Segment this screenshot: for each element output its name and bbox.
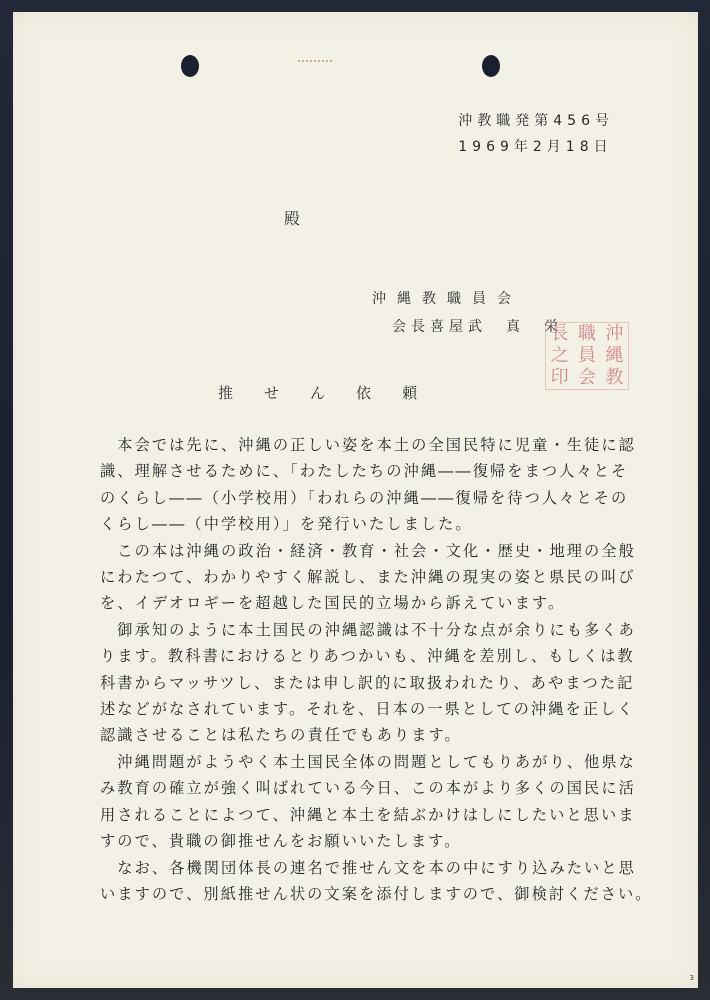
official-seal: 長 職 沖 之 員 縄 印 会 教 [545,322,629,390]
body-line: ります。教科書におけるとりあつかいも、沖縄を差別し、もしくは教 [100,643,640,669]
title-char: ん [310,382,325,403]
seal-char: 会 [573,367,600,389]
body-line: なお、各機関団体長の連名で推せん文を本の中にすり込みたいと思 [100,855,640,881]
sender-president: 会長喜屋武 真 栄 [372,313,563,341]
seal-char: 長 [546,323,573,345]
body-line: 沖縄問題がようやく本土国民全体の問題としてもりあがり、他県な [100,749,640,775]
seal-char: 之 [546,345,573,367]
reference-block: 沖教職発第456号 1969年2月18日 [458,108,614,160]
body-line: 用されることによつて、沖縄と本土を結ぶかけはしにしたいと思いま [100,802,640,828]
title-char: 依 [356,382,371,403]
title-char: 推 [218,382,233,403]
body-line: 述などがなされています。それを、日本の一県としての沖縄を正しく [100,696,640,722]
body-line: いますので、別紙推せん状の文案を添付しますので、御検討ください。 [100,881,640,907]
seal-char: 印 [546,367,573,389]
body-line: にわたつて、わかりやすく解説し、また沖縄の現実の姿と県民の叫び [100,564,640,590]
body-line: 識、理解させるために、「わたしたちの沖縄――復帰をまつ人々とそ [100,458,640,484]
body-line: み教育の確立が強く叫ばれている今日、この本がより多くの国民に活 [100,775,640,801]
seal-char: 縄 [601,345,628,367]
body-line: のくらし――（小学校用）「われらの沖縄――復帰を待つ人々とその [100,485,640,511]
seal-char: 職 [573,323,600,345]
title-char: 頼 [402,382,417,403]
body-line: 認識させることは私たちの責任でもあります。 [100,722,640,748]
body-line: すので、貴職の御推せんをお願いいたします。 [100,828,640,854]
body-line: 御承知のように本土国民の沖縄認識は不十分な点が余りにも多くあ [100,617,640,643]
document-date: 1969年2月18日 [458,134,614,160]
title-char: せ [264,382,279,403]
document-title: 推せん依頼 [218,382,448,403]
body-line: 科書からマッサツし、または申し訳的に取扱われたり、あやまつた記 [100,670,640,696]
seal-char: 沖 [601,323,628,345]
page-number: 3 [690,974,694,982]
punch-hole-right [482,55,500,77]
reference-number: 沖教職発第456号 [458,108,614,134]
staple-mark [298,60,332,66]
body-line: 本会では先に、沖縄の正しい姿を本土の全国民特に児童・生徒に認 [100,432,640,458]
sender-organization: 沖縄教職員会 [372,285,563,313]
seal-char: 教 [601,367,628,389]
seal-char: 員 [573,345,600,367]
body-line: くらし――（中学校用）」を発行いたしました。 [100,511,640,537]
body-line: この本は沖縄の政治・経済・教育・社会・文化・歴史・地理の全般 [100,538,640,564]
sender-block: 沖縄教職員会 会長喜屋武 真 栄 [372,285,563,341]
addressee-suffix: 殿 [284,206,300,229]
body-line: を、イデオロギーを超越した国民的立場から訴えています。 [100,590,640,616]
punch-hole-left [181,55,199,77]
body-text: 本会では先に、沖縄の正しい姿を本土の全国民特に児童・生徒に認 識、理解させるため… [100,432,640,907]
